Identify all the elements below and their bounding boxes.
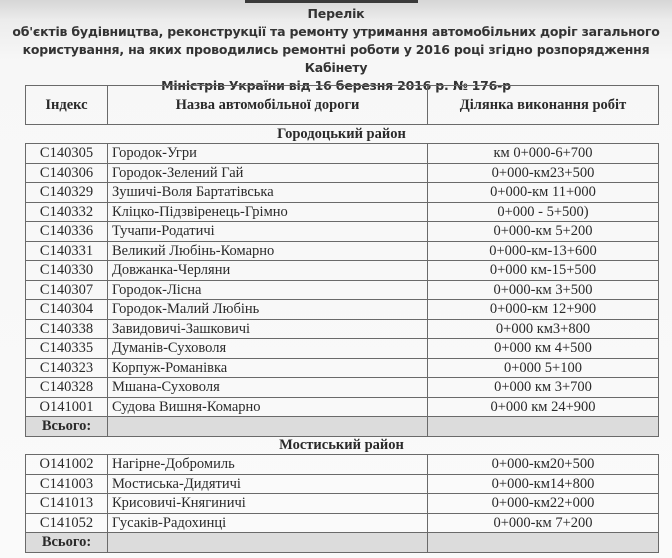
table-row: O141002Нагірне-Добромиль0+000-км20+500	[26, 455, 659, 475]
road-index-cell: C140306	[26, 163, 108, 183]
total-section-cell	[428, 533, 659, 553]
table-row: C140330Довжанка-Черляни0+000 км-15+500	[26, 261, 659, 281]
table-row: C140323Корпуж-Романівка0+000 5+100	[26, 358, 659, 378]
road-name-cell: Мшана-Суховоля	[108, 378, 428, 398]
district-title-horodok: Городоцький район	[25, 126, 658, 143]
road-index-cell: C140335	[26, 339, 108, 359]
total-road-cell	[108, 533, 428, 553]
road-index-cell: C140329	[26, 183, 108, 203]
total-label: Всього:	[26, 533, 108, 553]
document-header: Перелік об'єктів будівництва, реконструк…	[0, 5, 672, 95]
work-section-cell: 0+000-км20+500	[428, 455, 659, 475]
road-index-cell: O141001	[26, 397, 108, 417]
table-row: C141003Мостиська-Дидятичі0+000-км14+800	[26, 474, 659, 494]
road-index-cell: C140332	[26, 202, 108, 222]
work-section-cell: 0+000-км23+500	[428, 163, 659, 183]
road-name-cell: Думанів-Суховоля	[108, 339, 428, 359]
work-section-cell: 0+000-км 12+900	[428, 300, 659, 320]
work-section-cell: 0+000 5+100	[428, 358, 659, 378]
road-name-cell: Городок-Малий Любінь	[108, 300, 428, 320]
road-index-cell: O141002	[26, 455, 108, 475]
road-name-cell: Корпуж-Романівка	[108, 358, 428, 378]
total-label: Всього:	[26, 417, 108, 437]
road-index-cell: C140338	[26, 319, 108, 339]
table-row: C140328Мшана-Суховоля0+000 км 3+700	[26, 378, 659, 398]
district-table-horodok: C140305Городок-Угрикм 0+000-6+700C140306…	[25, 143, 659, 437]
table-row: C140306Городок-Зелений Гай0+000-км23+500	[26, 163, 659, 183]
work-section-cell: 0+000 км3+800	[428, 319, 659, 339]
table-row: C140332Кліцко-Підзвіренець-Грімно0+000 -…	[26, 202, 659, 222]
road-name-cell: Зушичі-Воля Бартатівська	[108, 183, 428, 203]
table-row: C141013Крисовичі-Княгиничі0+000-км22+000	[26, 494, 659, 514]
work-section-cell: 0+000-км-13+600	[428, 241, 659, 261]
road-index-cell: C141052	[26, 513, 108, 533]
road-name-cell: Гусаків-Радохинці	[108, 513, 428, 533]
work-section-cell: 0+000 км 3+700	[428, 378, 659, 398]
road-name-cell: Мостиська-Дидятичі	[108, 474, 428, 494]
work-section-cell: 0+000-км 3+500	[428, 280, 659, 300]
table-row: O141001Судова Вишня-Комарно0+000 км 24+9…	[26, 397, 659, 417]
table-row: C140307Городок-Лісна0+000-км 3+500	[26, 280, 659, 300]
road-name-cell: Городок-Лісна	[108, 280, 428, 300]
table-row: C141052Гусаків-Радохинці0+000-км 7+200	[26, 513, 659, 533]
top-edge-bar	[245, 0, 418, 3]
table-row: C140329Зушичі-Воля Бартатівська0+000-км …	[26, 183, 659, 203]
work-section-cell: 0+000-км22+000	[428, 494, 659, 514]
work-section-cell: 0+000-км 11+000	[428, 183, 659, 203]
road-index-cell: C140307	[26, 280, 108, 300]
work-section-cell: 0+000 км 4+500	[428, 339, 659, 359]
table-row: C140336Тучапи-Родатичі0+000-км 5+200	[26, 222, 659, 242]
work-section-cell: 0+000-км 5+200	[428, 222, 659, 242]
total-section-cell	[428, 417, 659, 437]
road-index-cell: C141003	[26, 474, 108, 494]
road-index-cell: C140330	[26, 261, 108, 281]
road-name-cell: Городок-Зелений Гай	[108, 163, 428, 183]
road-name-cell: Завидовичі-Зашковичі	[108, 319, 428, 339]
column-header-road-name: Назва автомобільної дороги	[108, 86, 428, 125]
table-row: C140331Великий Любінь-Комарно0+000-км-13…	[26, 241, 659, 261]
road-name-cell: Довжанка-Черляни	[108, 261, 428, 281]
column-header-index: Індекс	[26, 86, 108, 125]
road-index-cell: C140304	[26, 300, 108, 320]
table-row: C140335Думанів-Суховоля0+000 км 4+500	[26, 339, 659, 359]
road-name-cell: Великий Любінь-Комарно	[108, 241, 428, 261]
road-index-cell: C140331	[26, 241, 108, 261]
table-row: C140305Городок-Угрикм 0+000-6+700	[26, 144, 659, 164]
road-name-cell: Городок-Угри	[108, 144, 428, 164]
road-index-cell: C140323	[26, 358, 108, 378]
district-table-mostyska: O141002Нагірне-Добромиль0+000-км20+500C1…	[25, 454, 659, 553]
document-subtitle-line-1: об'єктів будівництва, реконструкції та р…	[0, 23, 672, 41]
work-section-cell: 0+000-км 7+200	[428, 513, 659, 533]
work-section-cell: 0+000-км14+800	[428, 474, 659, 494]
road-name-cell: Тучапи-Родатичі	[108, 222, 428, 242]
district-title-mostyska: Мостиський район	[25, 437, 658, 454]
work-section-cell: 0+000 - 5+500)	[428, 202, 659, 222]
total-road-cell	[108, 417, 428, 437]
total-row: Всього:	[26, 533, 659, 553]
work-section-cell: 0+000 км 24+900	[428, 397, 659, 417]
table-row: C140304Городок-Малий Любінь0+000-км 12+9…	[26, 300, 659, 320]
table-header: Індекс Назва автомобільної дороги Ділянк…	[25, 85, 659, 125]
table-row: C140338Завидовичі-Зашковичі0+000 км3+800	[26, 319, 659, 339]
work-section-cell: 0+000 км-15+500	[428, 261, 659, 281]
road-index-cell: C140328	[26, 378, 108, 398]
document-title: Перелік	[0, 5, 672, 23]
road-name-cell: Нагірне-Добромиль	[108, 455, 428, 475]
road-index-cell: C141013	[26, 494, 108, 514]
road-name-cell: Кліцко-Підзвіренець-Грімно	[108, 202, 428, 222]
column-header-work-section: Ділянка виконання робіт	[428, 86, 659, 125]
work-section-cell: км 0+000-6+700	[428, 144, 659, 164]
road-index-cell: C140336	[26, 222, 108, 242]
road-name-cell: Судова Вишня-Комарно	[108, 397, 428, 417]
road-index-cell: C140305	[26, 144, 108, 164]
document-subtitle-line-2: користування, на яких проводились ремонт…	[0, 41, 672, 77]
road-name-cell: Крисовичі-Княгиничі	[108, 494, 428, 514]
total-row: Всього:	[26, 417, 659, 437]
